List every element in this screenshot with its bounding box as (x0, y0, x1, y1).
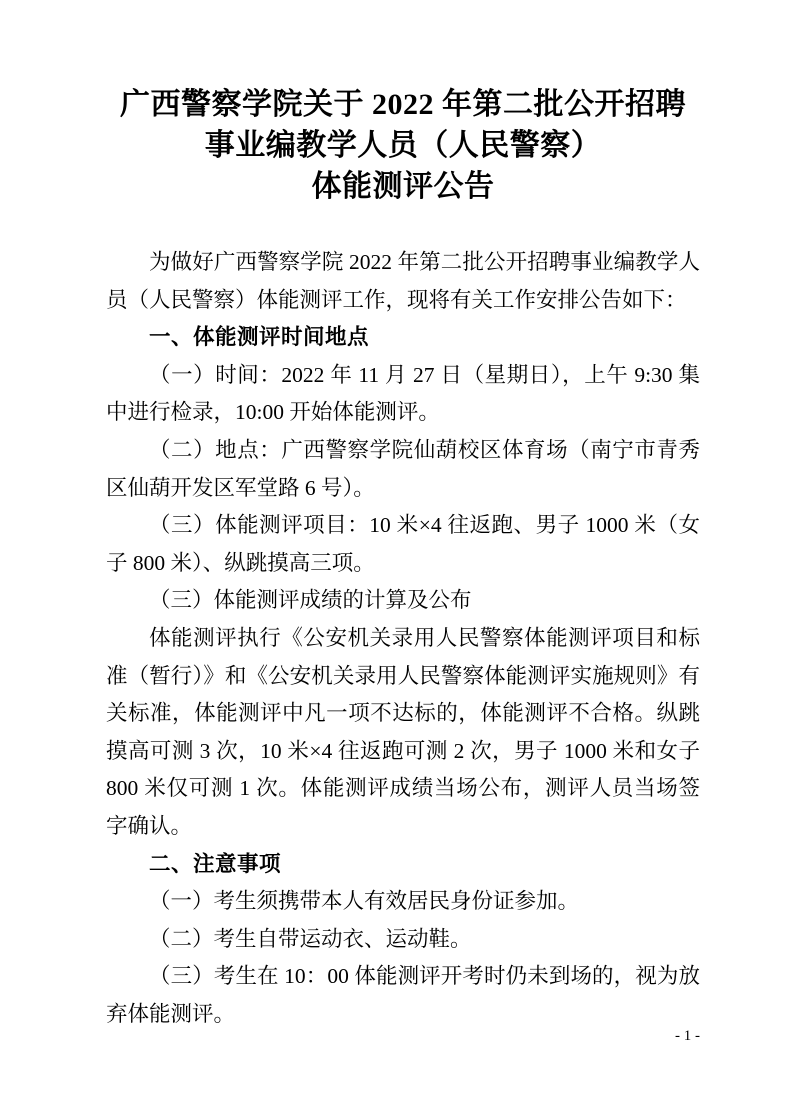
document-page: 广西警察学院关于 2022 年第二批公开招聘 事业编教学人员（人民警察） 体能测… (0, 0, 794, 1108)
paragraph-note-absence: （三）考生在 10：00 体能测评开考时仍未到场的，视为放弃体能测评。 (106, 958, 700, 1033)
title-line-2: 事业编教学人员（人民警察） (106, 125, 700, 166)
paragraph-note-clothes: （二）考生自带运动衣、运动鞋。 (106, 921, 700, 959)
document-content: 广西警察学院关于 2022 年第二批公开招聘 事业编教学人员（人民警察） 体能测… (106, 84, 700, 1033)
section-heading-2: 二、注意事项 (106, 846, 700, 884)
page-footer: - 1 - (106, 1026, 700, 1046)
paragraph-score-rules: 体能测评执行《公安机关录用人民警察体能测评项目和标准（暂行）》和《公安机关录用人… (106, 620, 700, 846)
paragraph-test-items: （三）体能测评项目：10 米×4 往返跑、男子 1000 米（女子 800 米）… (106, 507, 700, 582)
paragraph-note-id: （一）考生须携带本人有效居民身份证参加。 (106, 883, 700, 921)
paragraph-location: （二）地点：广西警察学院仙葫校区体育场（南宁市青秀区仙葫开发区军堂路 6 号）。 (106, 432, 700, 507)
title-line-1: 广西警察学院关于 2022 年第二批公开招聘 (106, 84, 700, 125)
paragraph-intro: 为做好广西警察学院 2022 年第二批公开招聘事业编教学人员（人民警察）体能测评… (106, 244, 700, 319)
page-number: - 1 - (675, 1028, 700, 1044)
document-title: 广西警察学院关于 2022 年第二批公开招聘 事业编教学人员（人民警察） 体能测… (106, 84, 700, 207)
title-line-3: 体能测评公告 (106, 166, 700, 207)
document-body: 为做好广西警察学院 2022 年第二批公开招聘事业编教学人员（人民警察）体能测评… (106, 244, 700, 1033)
paragraph-time: （一）时间：2022 年 11 月 27 日（星期日），上午 9:30 集中进行… (106, 357, 700, 432)
section-heading-1: 一、体能测评时间地点 (106, 319, 700, 357)
paragraph-score-subheading: （三）体能测评成绩的计算及公布 (106, 582, 700, 620)
